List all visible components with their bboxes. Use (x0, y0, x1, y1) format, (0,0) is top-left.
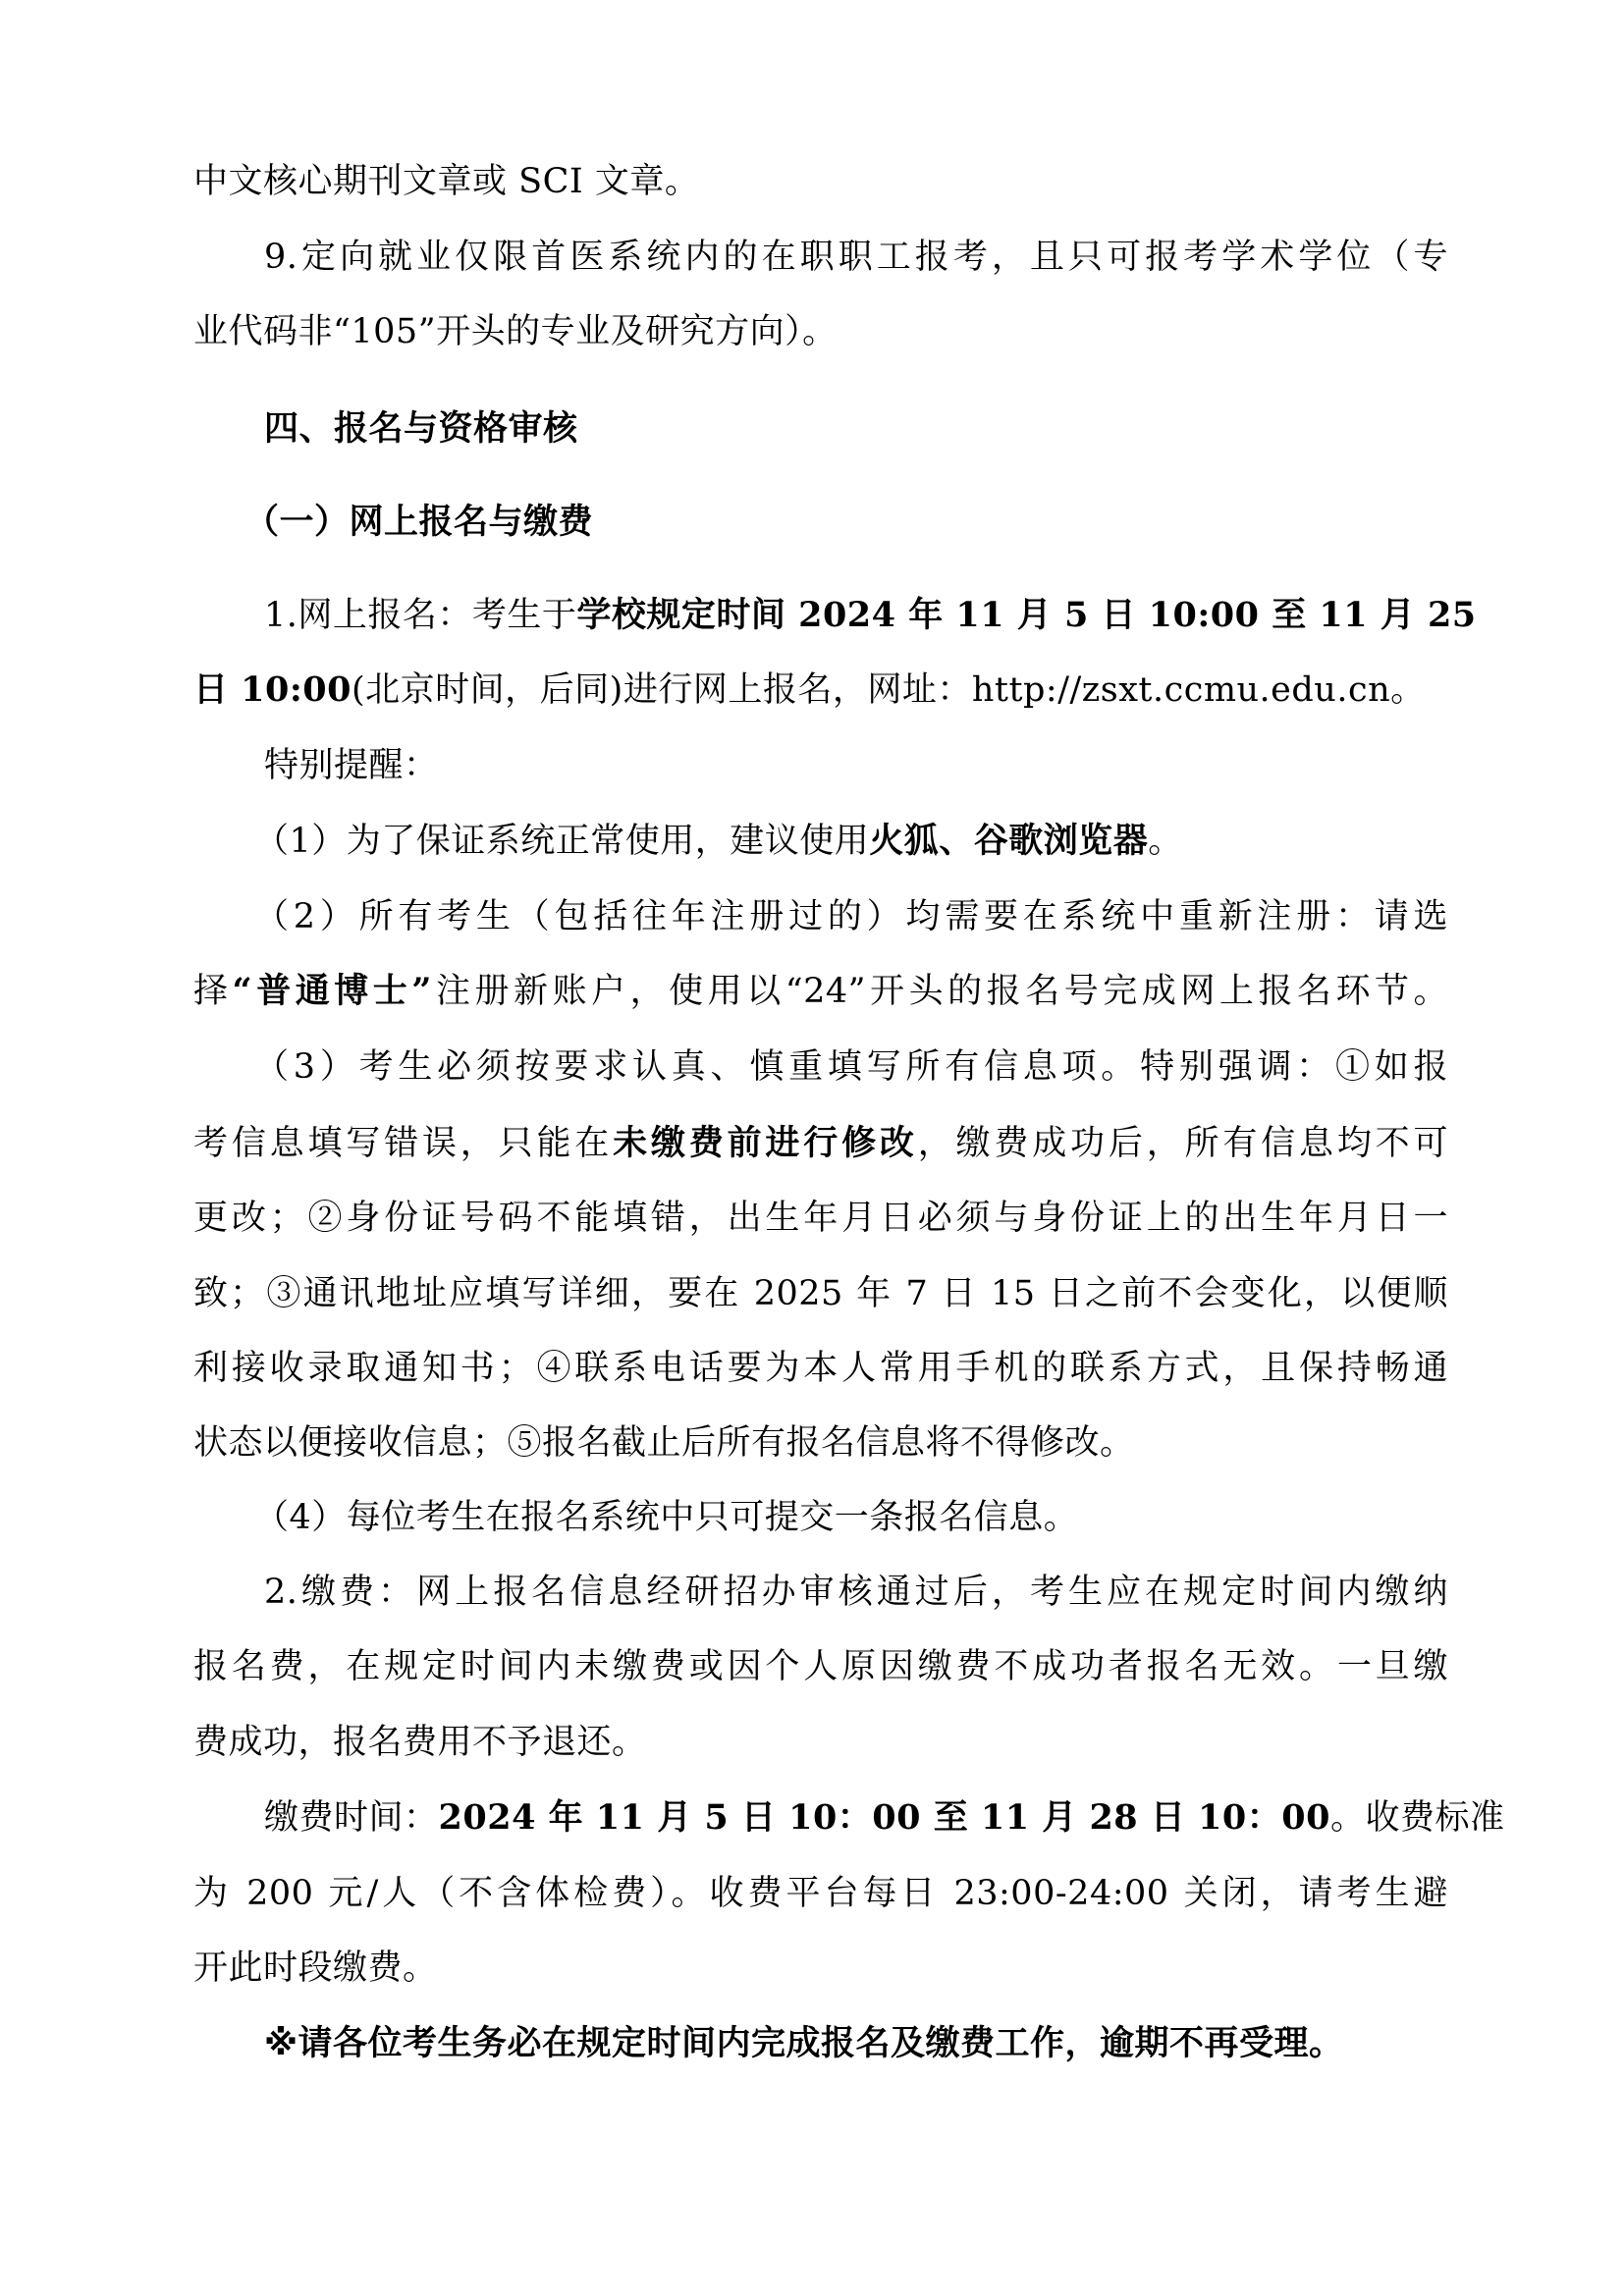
online-registration-line-2: 日 10:00(北京时间，后同)进行网上报名，网址：http://zsxt.cc… (193, 661, 1448, 720)
payment-time-label: 缴费时间： (264, 1798, 439, 1838)
reminder-2-prefix: 择 (193, 972, 233, 1011)
reminder-2-text-1: （2）所有考生（包括往年注册过的）均需要在系统中重新注册：请选 (254, 897, 1448, 936)
reminder-3-line-3: 更改；②身份证号码不能填错，出生年月日必须与身份证上的出生年月日一 (193, 1189, 1448, 1248)
payment-text-1: 2.缴费：网上报名信息经研招办审核通过后，考生应在规定时间内缴纳 (264, 1573, 1448, 1612)
fee-text: 为 200 元/人（不含体检费）。收费平台每日 23:00-24:00 关闭，请… (193, 1874, 1448, 1913)
payment-time-line: 缴费时间：2024 年 11 月 5 日 10：00 至 11 月 28 日 1… (193, 1789, 1448, 1847)
reminder-label-text: 特别提醒： (264, 746, 439, 785)
reminder-2-line-2: 择“普通博士”注册新账户，使用以“24”开头的报名号完成网上报名环节。 (193, 962, 1448, 1021)
fee-line-2: 开此时段缴费。 (193, 1939, 1448, 1998)
fee-text-2: 开此时段缴费。 (193, 1949, 438, 1988)
reminder-3-prefix: 考信息填写错误，只能在 (193, 1124, 613, 1163)
item-9-text-2: 业代码非“105”开头的专业及研究方向）。 (193, 312, 838, 351)
reminder-3-line-2: 考信息填写错误，只能在未缴费前进行修改，缴费成功后，所有信息均不可 (193, 1114, 1448, 1173)
payment-time-suffix: 。收费标准 (1330, 1798, 1505, 1838)
item-9-text-1: 9.定向就业仅限首医系统内的在职职工报考，且只可报考学术学位（专 (264, 238, 1448, 277)
payment-line-2: 报名费，在规定时间内未缴费或因个人原因缴费不成功者报名无效。一旦缴 (193, 1637, 1448, 1696)
online-registration-prefix: 1.网上报名：考生于 (264, 596, 576, 635)
registration-url-text: (北京时间，后同)进行网上报名，网址：http://zsxt.ccmu.edu.… (352, 670, 1426, 710)
registration-period-end: 日 10:00 (193, 669, 352, 710)
reminder-3-line-5: 利接收录取通知书；④联系电话要为本人常用手机的联系方式，且保持畅通 (193, 1339, 1448, 1398)
reminder-3-line-6: 状态以便接收信息；⑤报名截止后所有报名信息将不得修改。 (193, 1414, 1448, 1472)
payment-text-3: 费成功，报名费用不予退还。 (193, 1723, 647, 1762)
reminder-2-rest: 注册新账户，使用以“24”开头的报名号完成网上报名环节。 (432, 972, 1448, 1011)
reminder-1-suffix: 。 (1148, 822, 1183, 861)
payment-text-2: 报名费，在规定时间内未缴费或因个人原因缴费不成功者报名无效。一旦缴 (193, 1647, 1448, 1686)
reminder-1-prefix: （1）为了保证系统正常使用，建议使用 (254, 822, 869, 861)
reminder-4-text: （4）每位考生在报名系统中只可提交一条报名信息。 (254, 1498, 1078, 1537)
reminder-label: 特别提醒： (193, 736, 1448, 795)
item-9-line-1: 9.定向就业仅限首医系统内的在职职工报考，且只可报考学术学位（专 (193, 228, 1448, 287)
account-type-label: “普通博士” (233, 971, 432, 1011)
reminder-3-text-4: 致；③通讯地址应填写详细，要在 2025 年 7 日 15 日之前不会变化，以便… (193, 1274, 1448, 1313)
reminder-4: （4）每位考生在报名系统中只可提交一条报名信息。 (193, 1488, 1509, 1547)
subsection-heading-text: （一）网上报名与缴费 (244, 503, 593, 542)
recommended-browsers: 火狐、谷歌浏览器 (869, 821, 1148, 861)
reminder-2-line-1: （2）所有考生（包括往年注册过的）均需要在系统中重新注册：请选 (193, 887, 1448, 946)
reminder-3-text-6: 状态以便接收信息；⑤报名截止后所有报名信息将不得修改。 (193, 1423, 1135, 1463)
payment-line-1: 2.缴费：网上报名信息经研招办审核通过后，考生应在规定时间内缴纳 (193, 1563, 1448, 1622)
final-notice: ※请各位考生务必在规定时间内完成报名及缴费工作，逾期不再受理。 (193, 2014, 1448, 2073)
paragraph-tail: 中文核心期刊文章或 SCI 文章。 (193, 152, 1448, 211)
reminder-3-line-1: （3）考生必须按要求认真、慎重填写所有信息项。特别强调：①如报 (193, 1038, 1448, 1096)
section-heading: 四、报名与资格审核 (193, 400, 1448, 458)
reminder-3-line-4: 致；③通讯地址应填写详细，要在 2025 年 7 日 15 日之前不会变化，以便… (193, 1264, 1448, 1323)
edit-before-payment: 未缴费前进行修改 (613, 1123, 918, 1163)
final-notice-text: ※请各位考生务必在规定时间内完成报名及缴费工作，逾期不再受理。 (264, 2024, 1344, 2063)
section-heading-text: 四、报名与资格审核 (264, 409, 578, 449)
fee-line: 为 200 元/人（不含体检费）。收费平台每日 23:00-24:00 关闭，请… (193, 1864, 1448, 1923)
reminder-3-text-5: 利接收录取通知书；④联系电话要为本人常用手机的联系方式，且保持畅通 (193, 1349, 1448, 1388)
online-registration-line-1: 1.网上报名：考生于学校规定时间 2024 年 11 月 5 日 10:00 至… (193, 586, 1448, 645)
reminder-3-rest: ，缴费成功后，所有信息均不可 (918, 1124, 1448, 1163)
reminder-1: （1）为了保证系统正常使用，建议使用火狐、谷歌浏览器。 (193, 812, 1509, 871)
payment-period: 2024 年 11 月 5 日 10：00 至 11 月 28 日 10：00 (439, 1797, 1330, 1838)
item-9-line-2: 业代码非“105”开头的专业及研究方向）。 (193, 302, 1448, 361)
subsection-heading: （一）网上报名与缴费 (193, 493, 1499, 552)
payment-line-3: 费成功，报名费用不予退还。 (193, 1713, 1448, 1772)
registration-period-start: 学校规定时间 2024 年 11 月 5 日 10:00 至 11 月 25 (576, 595, 1476, 635)
reminder-3-text-1: （3）考生必须按要求认真、慎重填写所有信息项。特别强调：①如报 (254, 1047, 1448, 1087)
paragraph-tail-text: 中文核心期刊文章或 SCI 文章。 (193, 162, 699, 201)
reminder-3-text-3: 更改；②身份证号码不能填错，出生年月日必须与身份证上的出生年月日一 (193, 1199, 1448, 1238)
